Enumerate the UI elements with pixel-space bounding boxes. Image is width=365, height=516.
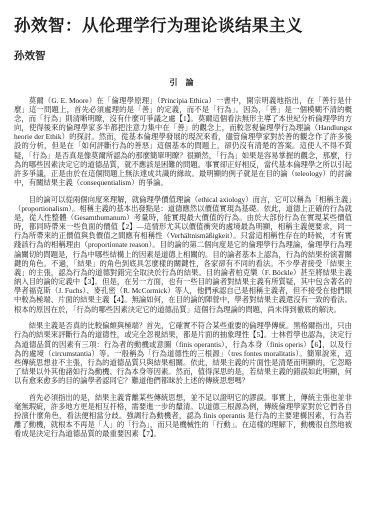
paragraph-1: 莫爾（G. E. Moore）在「倫理學原理」（Principia Ethica… <box>14 96 352 188</box>
paragraph-3: 結果主義是否真的比較偏頗與極端？首先，它確實不符合某些重要的倫理學傳統。黑格爾指… <box>14 321 352 385</box>
document-page: 孙效智：从伦理学行为理论谈结果主义 孙效智 引 論 莫爾（G. E. Moore… <box>0 0 365 516</box>
page-title: 孙效智：从伦理学行为理论谈结果主义 <box>14 16 352 37</box>
section-heading-introduction: 引 論 <box>14 77 352 88</box>
paragraph-4: 首先必須指出的是，結果主義背離某些傳統思想，並不足以證明它的謬誤。事實上，傳統主… <box>14 393 352 439</box>
paragraph-2: 目的論可以從兩個向度來理解，就倫理學價值理論（ethical axiology）… <box>14 195 352 314</box>
document-body: 莫爾（G. E. Moore）在「倫理學原理」（Principia Ethica… <box>14 96 352 439</box>
author-name: 孙效智 <box>14 48 352 63</box>
